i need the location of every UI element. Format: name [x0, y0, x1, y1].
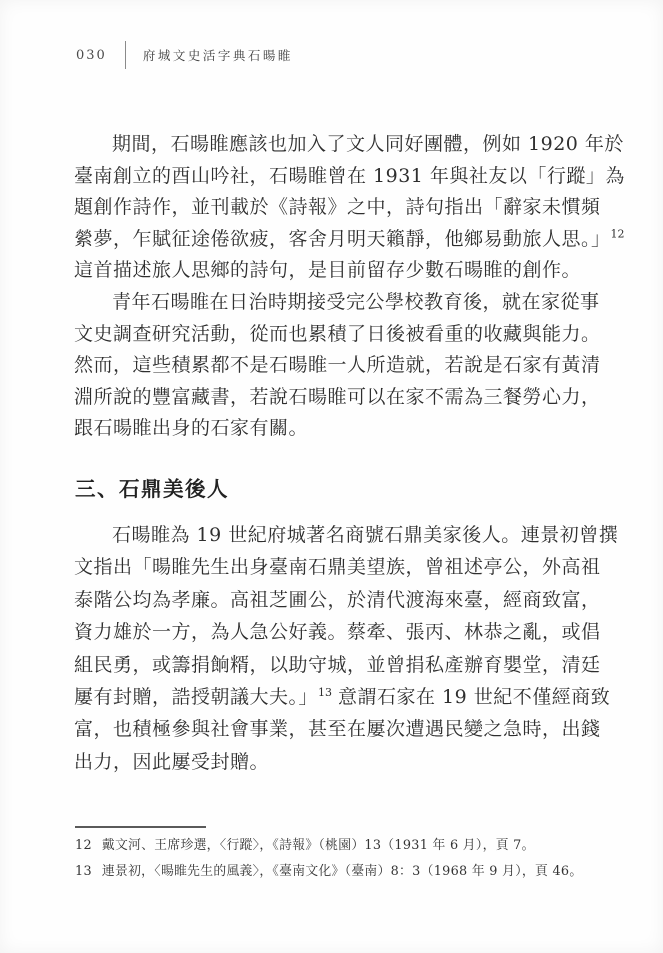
- footnote-number: 13: [75, 859, 92, 885]
- paragraph2-line: 然而，這些積累都不是石暘睢一人所造就，若說是石家有黃清: [74, 350, 592, 382]
- paragraph3-line: 富，也積極參與社會事業，甚至在屢次遭遇民變之急時，出錢: [74, 713, 592, 745]
- paragraph1-line: 期間，石暘睢應該也加入了文人同好團體，例如 1920 年於: [74, 129, 592, 161]
- paragraph1-line: 這首描述旅人思鄉的詩句，是目前留存少數石暘睢的創作。: [74, 255, 592, 287]
- page-number: 030: [76, 48, 107, 63]
- footnote-text: 連景初，〈暘睢先生的風義〉，《臺南文化》（臺南）8：3（1968 年 9 月），…: [102, 859, 595, 885]
- body-text-lower: 石暘睢為 19 世紀府城著名商號石鼎美家後人。連景初曾撰 文指出「暘睢先生出身臺…: [74, 519, 592, 778]
- running-header: 030 府城文史活字典石暘睢: [76, 40, 293, 70]
- footnote-13: 13 連景初，〈暘睢先生的風義〉，《臺南文化》（臺南）8：3（1968 年 9 …: [75, 859, 595, 885]
- paragraph2-line: 淵所說的豐富藏書，若說石暘睢可以在家不需為三餐勞心力，: [74, 382, 592, 414]
- paragraph2-line: 青年石暘睢在日治時期接受完公學校教育後，就在家從事: [74, 287, 592, 319]
- paragraph3-line-text: 屢有封贈，誥授朝議大夫。」: [74, 686, 318, 708]
- header-divider: [125, 41, 126, 69]
- footnotes: 12 戴文河、王席珍選，〈行蹤〉，《詩報》（桃園）13（1931 年 6 月），…: [75, 833, 595, 885]
- footnote-separator: [75, 826, 206, 828]
- book-page: 030 府城文史活字典石暘睢 期間，石暘睢應該也加入了文人同好團體，例如 192…: [0, 0, 663, 953]
- paragraph3-line: 文指出「暘睢先生出身臺南石鼎美望族，曾祖述亭公，外高祖: [74, 551, 592, 583]
- paragraph3-line: 資力雄於一方，為人急公好義。蔡牽、張丙、林恭之亂，或倡: [74, 616, 592, 648]
- paragraph2-line: 跟石暘睢出身的石家有關。: [74, 413, 592, 445]
- footnote-ref-13: 13: [318, 686, 332, 699]
- body-text-upper: 期間，石暘睢應該也加入了文人同好團體，例如 1920 年於 臺南創立的酉山吟社，…: [74, 129, 592, 445]
- paragraph3-line: 石暘睢為 19 世紀府城著名商號石鼎美家後人。連景初曾撰: [74, 519, 592, 551]
- footnote-ref-12: 12: [611, 227, 625, 240]
- paragraph1-line-text: 縈夢，乍賦征途倦欲疲，客舍月明天籟靜，他鄉易動旅人思。」: [74, 228, 611, 250]
- paragraph3-line: 出力，因此屢受封贈。: [74, 746, 592, 778]
- paragraph3-line: 屢有封贈，誥授朝議大夫。」13意謂石家在 19 世紀不僅經商致: [74, 681, 592, 713]
- paragraph1-line: 縈夢，乍賦征途倦欲疲，客舍月明天籟靜，他鄉易動旅人思。」12: [74, 224, 592, 256]
- paragraph3-line-text: 意謂石家在 19 世紀不僅經商致: [338, 686, 610, 708]
- footnote-text: 戴文河、王席珍選，〈行蹤〉，《詩報》（桃園）13（1931 年 6 月），頁 7…: [102, 833, 595, 859]
- paragraph1-line: 題創作詩作，並刊載於《詩報》之中，詩句指出「辭家未慣頻: [74, 192, 592, 224]
- paragraph2-line: 文史調查研究活動，從而也累積了日後被看重的收藏與能力。: [74, 319, 592, 351]
- footnote-12: 12 戴文河、王席珍選，〈行蹤〉，《詩報》（桃園）13（1931 年 6 月），…: [75, 833, 595, 859]
- footnote-number: 12: [75, 833, 92, 859]
- paragraph3-line: 組民勇，或籌捐餉糈，以助守城，並曾捐私產辦育嬰堂，清廷: [74, 649, 592, 681]
- paragraph1-line: 臺南創立的酉山吟社，石暘睢曾在 1931 年與社友以「行蹤」為: [74, 161, 592, 193]
- book-title: 府城文史活字典石暘睢: [143, 46, 293, 64]
- paragraph3-line: 泰階公均為孝廉。高祖芝圃公，於清代渡海來臺，經商致富，: [74, 584, 592, 616]
- section-heading: 三、石鼎美後人: [75, 472, 229, 502]
